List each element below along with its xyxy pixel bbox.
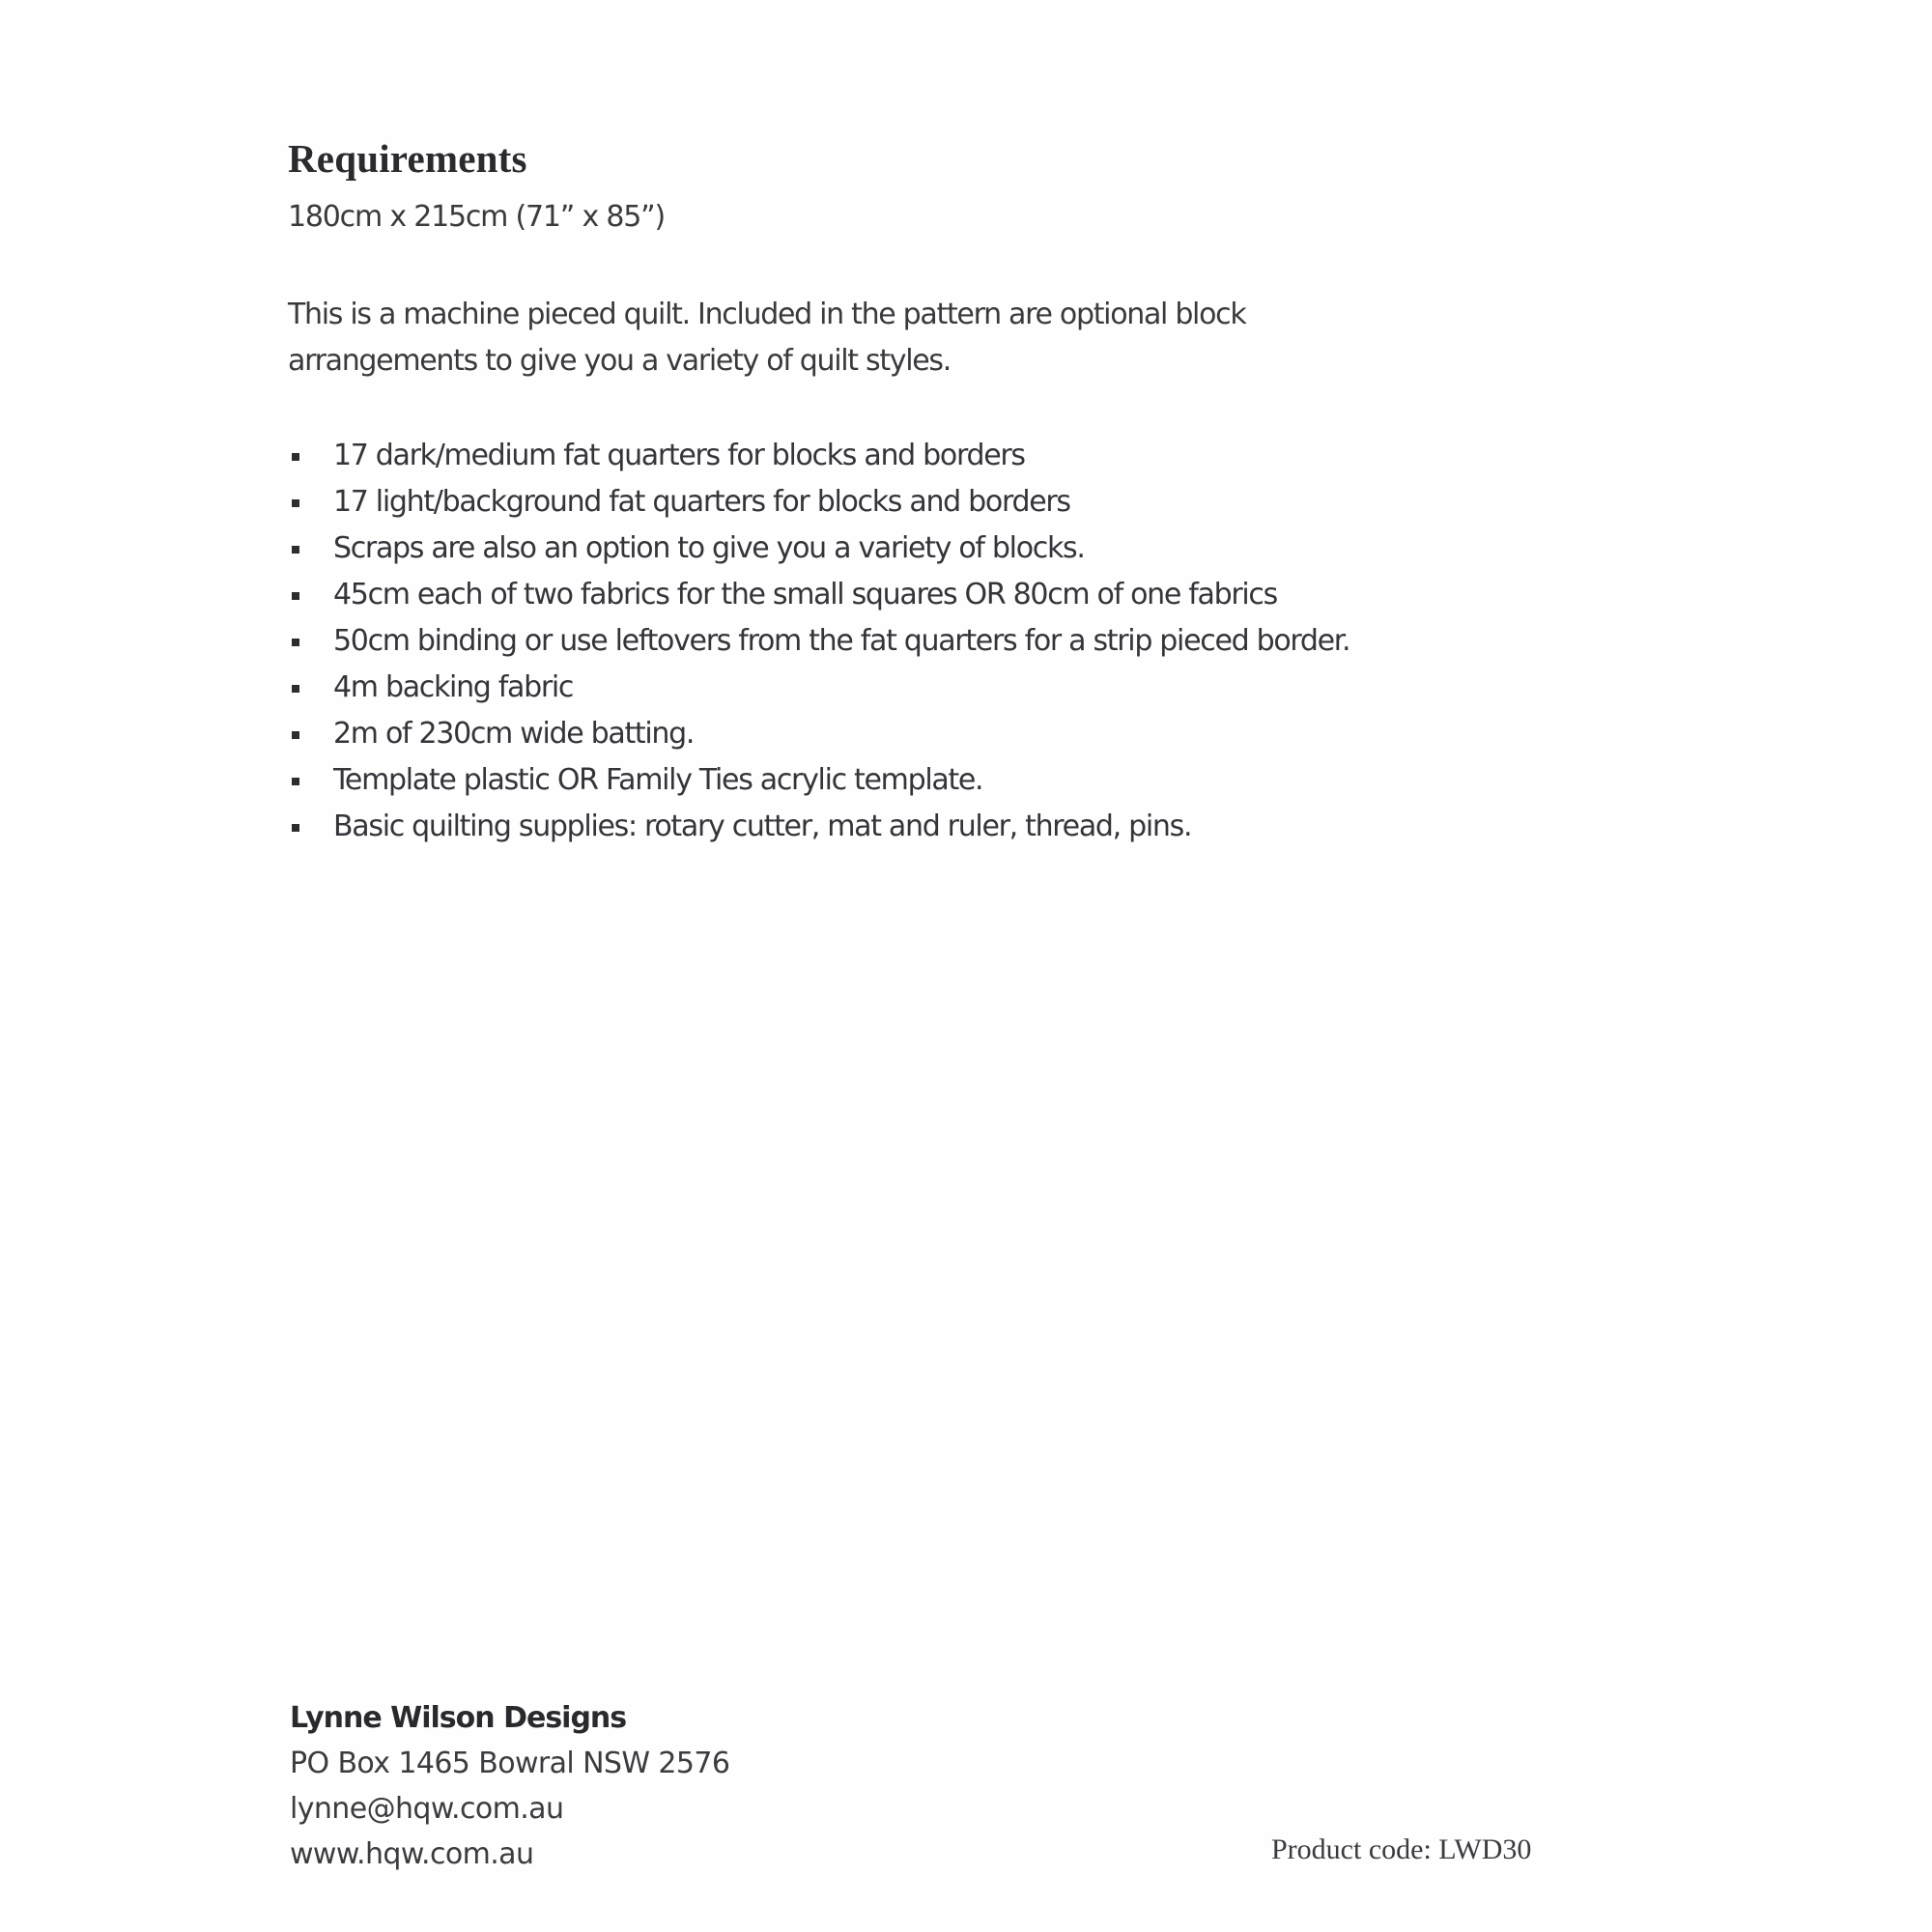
bullet-icon	[292, 778, 299, 785]
list-item-text: 2m of 230cm wide batting.	[333, 717, 694, 751]
quilt-size: 180cm x 215cm (71” x 85”)	[288, 200, 665, 234]
contact-block: Lynne Wilson Designs PO Box 1465 Bowral …	[290, 1695, 729, 1877]
company-name: Lynne Wilson Designs	[290, 1695, 729, 1741]
requirements-list: 17 dark/medium fat quarters for blocks a…	[288, 433, 1350, 850]
bullet-icon	[292, 639, 299, 646]
bullet-icon	[292, 546, 299, 554]
list-item: 4m backing fabric	[288, 665, 1350, 711]
list-item: 17 light/background fat quarters for blo…	[288, 479, 1350, 526]
list-item-text: Basic quilting supplies: rotary cutter, …	[333, 810, 1191, 843]
list-item: Template plastic OR Family Ties acrylic …	[288, 757, 1350, 804]
list-item-text: 4m backing fabric	[333, 670, 573, 704]
list-item: 45cm each of two fabrics for the small s…	[288, 572, 1350, 618]
list-item-text: Template plastic OR Family Ties acrylic …	[333, 763, 982, 797]
bullet-icon	[292, 453, 299, 461]
section-heading: Requirements	[288, 135, 527, 182]
list-item: Basic quilting supplies: rotary cutter, …	[288, 804, 1350, 850]
list-item-text: 45cm each of two fabrics for the small s…	[333, 578, 1277, 611]
product-code: Product code: LWD30	[1271, 1833, 1531, 1866]
list-item-text: 17 light/background fat quarters for blo…	[333, 485, 1070, 519]
bullet-icon	[292, 685, 299, 693]
postal-address: PO Box 1465 Bowral NSW 2576	[290, 1741, 729, 1786]
bullet-icon	[292, 592, 299, 600]
list-item-text: 50cm binding or use leftovers from the f…	[333, 624, 1350, 658]
website-link[interactable]: www.hqw.com.au	[290, 1832, 729, 1877]
intro-paragraph: This is a machine pieced quilt. Included…	[288, 292, 1544, 384]
list-item: 50cm binding or use leftovers from the f…	[288, 618, 1350, 665]
intro-line: arrangements to give you a variety of qu…	[288, 338, 1544, 384]
list-item: Scraps are also an option to give you a …	[288, 526, 1350, 572]
list-item: 17 dark/medium fat quarters for blocks a…	[288, 433, 1350, 479]
list-item-text: Scraps are also an option to give you a …	[333, 531, 1085, 565]
email-link[interactable]: lynne@hqw.com.au	[290, 1786, 729, 1832]
intro-line: This is a machine pieced quilt. Included…	[288, 292, 1544, 338]
bullet-icon	[292, 499, 299, 507]
list-item-text: 17 dark/medium fat quarters for blocks a…	[333, 439, 1025, 472]
list-item: 2m of 230cm wide batting.	[288, 711, 1350, 757]
bullet-icon	[292, 731, 299, 739]
page	[261, 0, 1671, 1932]
bullet-icon	[292, 824, 299, 832]
